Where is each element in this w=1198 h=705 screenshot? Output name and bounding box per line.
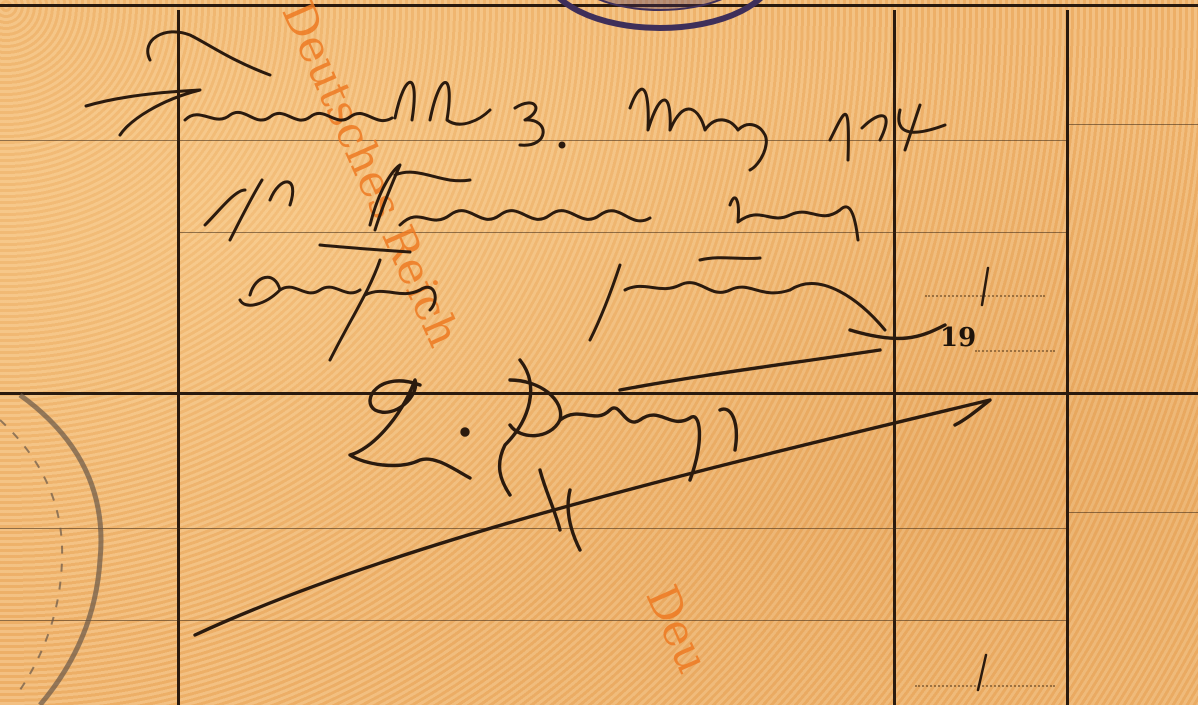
consulate-round-stamp-icon xyxy=(0,395,101,705)
handwriting-place-date xyxy=(86,32,945,170)
purple-round-stamp-icon xyxy=(545,0,775,28)
handwriting-line-2 xyxy=(205,165,858,252)
slash-mark xyxy=(978,655,986,690)
handwriting-line-3 xyxy=(240,258,885,360)
handwriting-signature xyxy=(195,325,990,635)
handwriting-layer xyxy=(0,0,1198,705)
slash-mark xyxy=(982,268,988,305)
